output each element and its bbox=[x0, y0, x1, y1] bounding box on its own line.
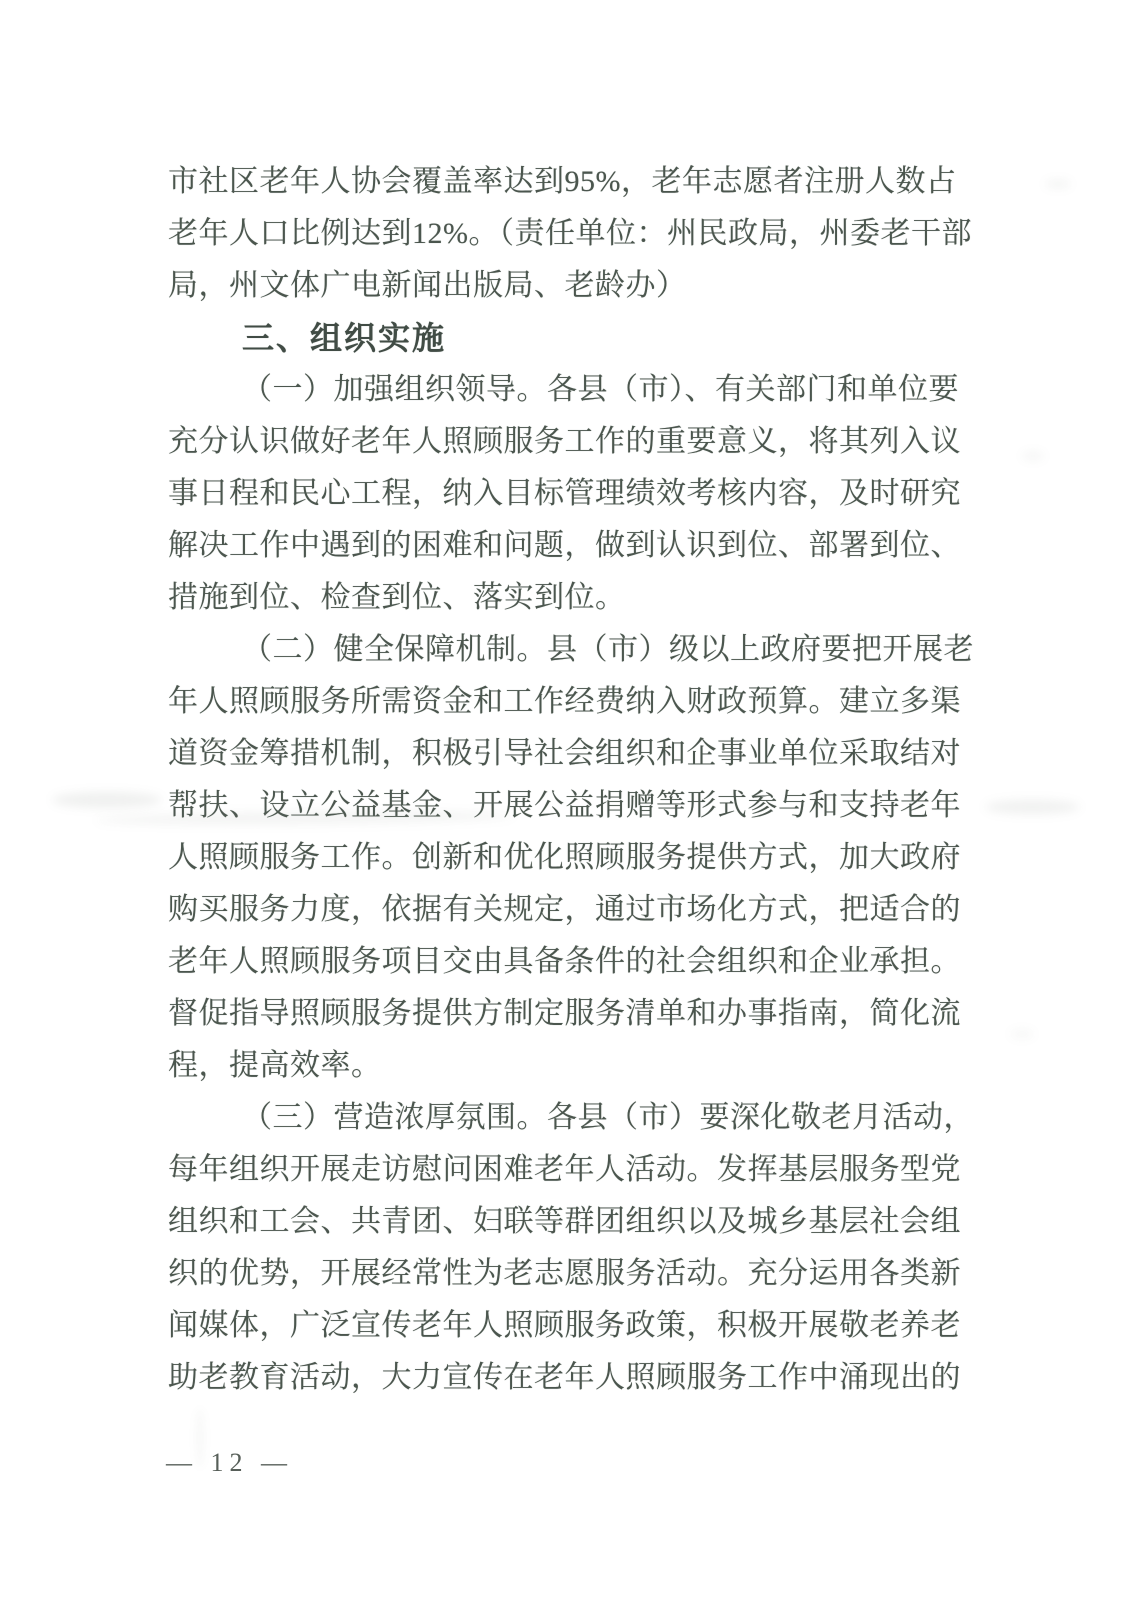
text-line: 购买服务力度，依据有关规定，通过市场化方式，把适合的 bbox=[168, 884, 930, 936]
text-line: 帮扶、设立公益基金、开展公益捐赠等形式参与和支持老年 bbox=[168, 780, 930, 832]
text-line: 织的优势，开展经常性为老志愿服务活动。充分运用各类新 bbox=[168, 1248, 930, 1300]
scan-smudge bbox=[1045, 180, 1071, 188]
text-line: 助老教育活动，大力宣传在老年人照顾服务工作中涌现出的 bbox=[168, 1352, 930, 1404]
text-line: 措施到位、检查到位、落实到位。 bbox=[168, 572, 930, 624]
text-line: 充分认识做好老年人照顾服务工作的重要意义，将其列入议 bbox=[168, 416, 930, 468]
scan-smudge bbox=[1022, 452, 1044, 460]
document-page: 市社区老年人协会覆盖率达到95%，老年志愿者注册人数占 老年人口比例达到12%。… bbox=[0, 0, 1131, 1600]
scan-smudge bbox=[1010, 1030, 1034, 1038]
text-line: 督促指导照顾服务提供方制定服务清单和办事指南，简化流 bbox=[168, 988, 930, 1040]
text-line: 年人照顾服务所需资金和工作经费纳入财政预算。建立多渠 bbox=[168, 676, 930, 728]
text-line: 市社区老年人协会覆盖率达到95%，老年志愿者注册人数占 bbox=[168, 156, 930, 208]
text-line: 程，提高效率。 bbox=[168, 1040, 930, 1092]
text-line: 局，州文体广电新闻出版局、老龄办） bbox=[168, 260, 930, 312]
paragraph-start-line: （一）加强组织领导。各县（市）、有关部门和单位要 bbox=[168, 364, 930, 416]
text-line: 解决工作中遇到的困难和问题，做到认识到位、部署到位、 bbox=[168, 520, 930, 572]
text-line: 事日程和民心工程，纳入目标管理绩效考核内容，及时研究 bbox=[168, 468, 930, 520]
text-line: 老年人口比例达到12%。（责任单位：州民政局，州委老干部 bbox=[168, 208, 930, 260]
text-line: 人照顾服务工作。创新和优化照顾服务提供方式，加大政府 bbox=[168, 832, 930, 884]
section-heading: 三、组织实施 bbox=[168, 312, 930, 364]
paragraph-start-line: （二）健全保障机制。县（市）级以上政府要把开展老 bbox=[168, 624, 930, 676]
text-line: 老年人照顾服务项目交由具备条件的社会组织和企业承担。 bbox=[168, 936, 930, 988]
page-number: — 12 — bbox=[166, 1448, 293, 1478]
scan-smudge bbox=[52, 792, 162, 808]
document-body-text: 市社区老年人协会覆盖率达到95%，老年志愿者注册人数占 老年人口比例达到12%。… bbox=[168, 156, 930, 1404]
text-line: 组织和工会、共青团、妇联等群团组织以及城乡基层社会组 bbox=[168, 1196, 930, 1248]
paragraph-start-line: （三）营造浓厚氛围。各县（市）要深化敬老月活动， bbox=[168, 1092, 930, 1144]
text-line: 每年组织开展走访慰问困难老年人活动。发挥基层服务型党 bbox=[168, 1144, 930, 1196]
text-line: 道资金筹措机制，积极引导社会组织和企事业单位采取结对 bbox=[168, 728, 930, 780]
text-line: 闻媒体，广泛宣传老年人照顾服务政策，积极开展敬老养老 bbox=[168, 1300, 930, 1352]
scan-smudge bbox=[985, 800, 1080, 814]
